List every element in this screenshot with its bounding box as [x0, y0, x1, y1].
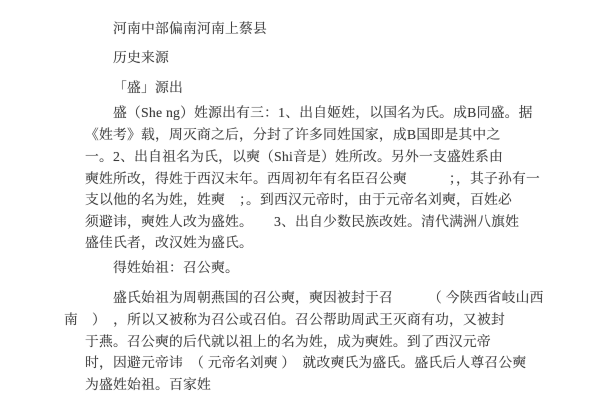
paragraph2-line-1: 盛氏始祖为周朝燕国的召公奭，奭因被封于召 （ 今陕西省岐山西 [113, 289, 544, 306]
paragraph1-line-4: 奭姓所改，得姓于西汉末年。西周初年有名臣召公奭 ；，其子孙有一 [85, 170, 540, 187]
section-title-history: 历史来源 [113, 49, 169, 66]
paragraph1-line-5: 支以他的名为姓，姓奭 ；。到西汉元帝时，由于元帝名刘奭，百姓必 [85, 191, 512, 208]
paragraph1-line-6: 须避讳，奭姓人改为盛姓。 3、出自少数民族改姓。清代满洲八旗姓 [85, 213, 519, 230]
paragraph1-line-2: 《姓考》载，周灭商之后，分封了许多同姓国家，成B国即是其中之 [85, 126, 500, 143]
heading-location: 河南中部偏南河南上蔡县 [113, 20, 267, 37]
paragraph2-line-3: 于燕。召公奭的后代就以祖上的名为姓，成为奭姓。到了西汉元帝 [85, 333, 491, 350]
paragraph1-line-3: 一。2、出自祖名为氏，以奭（Shi音是）姓所改。另外一支盛姓系由 [85, 148, 503, 165]
paragraph1-line-1: 盛（She ng）姓源出有三：1、出自姬姓，以国名为氏。成B同盛。据 [113, 104, 533, 121]
section-title-origin: 「盛」源出 [113, 79, 183, 96]
paragraph1-line-7: 盛佳氏者，改汉姓为盛氏。 [85, 234, 253, 251]
document-page: 河南中部偏南河南上蔡县 历史来源 「盛」源出 盛（She ng）姓源出有三：1、… [0, 0, 600, 400]
ancestor-line: 得姓始祖：召公奭。 [113, 259, 239, 276]
paragraph2-line-2: 南 ） ，所以又被称为召公或召伯。召公帮助周武王灭商有功，又被封 [64, 311, 505, 328]
paragraph2-line-5: 为盛姓始祖。百家姓 [85, 376, 211, 393]
paragraph2-line-4: 时，因避元帝讳 （ 元帝名刘奭 ） 就改奭氏为盛氏。盛氏后人尊召公奭 [85, 354, 526, 371]
